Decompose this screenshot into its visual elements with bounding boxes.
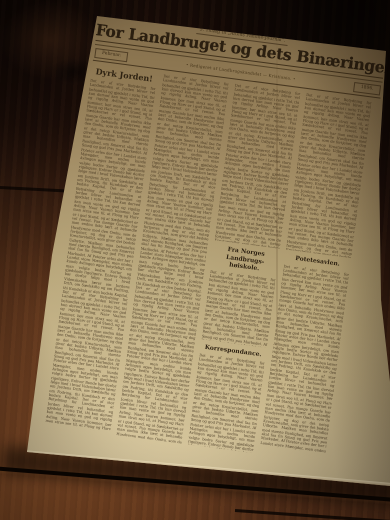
plank-groove [235,509,390,520]
body-text: Det er af stor Betydning for Landmanden … [188,353,265,453]
edition-box: Februar. [94,47,128,61]
body-text: Det er af stor Betydning for Landmanden … [286,93,372,258]
newspaper-page: 5. Tillæg til „Aftens Familie-Journal“. … [40,14,387,492]
body-text: Det er af stor Betydning for Landmanden … [214,83,300,248]
columns: Dyrk Jorden!Det er af stor Betydning for… [44,64,381,464]
photo-scene: 5. Tillæg til „Aftens Familie-Journal“. … [0,0,390,520]
year-box: 1896. [353,82,381,95]
body-text: Det er af stor Betydning for Landmanden … [201,269,276,347]
